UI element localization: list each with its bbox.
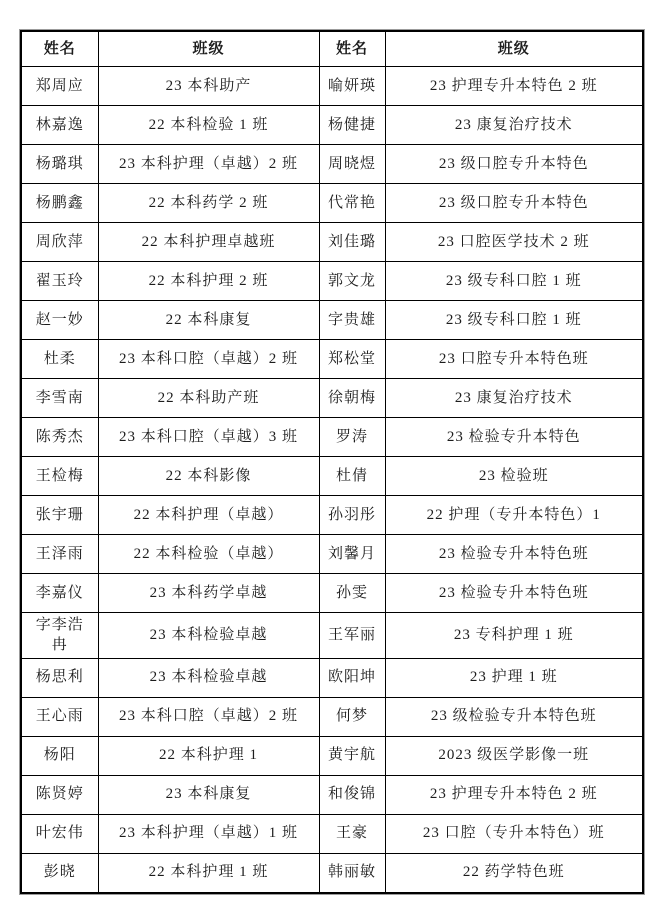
name-cell-left-text: 林嘉逸 xyxy=(36,115,84,135)
name-cell-right: 周晓煜 xyxy=(319,145,385,184)
name-cell-right: 韩丽敏 xyxy=(319,853,385,893)
class-cell-left: 23 本科护理（卓越）2 班 xyxy=(98,145,319,184)
name-cell-left: 王检梅 xyxy=(21,457,98,496)
class-cell-right: 23 护理专升本特色 2 班 xyxy=(385,775,643,814)
table-row: 王检梅22 本科影像杜倩23 检验班 xyxy=(21,457,643,496)
roster-table: 姓名 班级 姓名 班级 郑周应23 本科助产喻妍瑛23 护理专升本特色 2 班林… xyxy=(20,30,644,894)
class-cell-left-text: 23 本科康复 xyxy=(166,784,252,804)
class-cell-left-text: 23 本科检验卓越 xyxy=(150,625,268,645)
name-cell-left: 字李浩冉 xyxy=(21,613,98,659)
class-cell-left: 22 本科检验 1 班 xyxy=(98,106,319,145)
name-cell-right: 和俊锦 xyxy=(319,775,385,814)
class-cell-left: 23 本科康复 xyxy=(98,775,319,814)
class-cell-left-text: 22 本科护理卓越班 xyxy=(142,232,276,252)
table-row: 周欣萍22 本科护理卓越班刘佳璐23 口腔医学技术 2 班 xyxy=(21,223,643,262)
class-cell-left: 23 本科检验卓越 xyxy=(98,658,319,697)
class-cell-right: 23 口腔（专升本特色）班 xyxy=(385,814,643,853)
name-cell-right-text: 郭文龙 xyxy=(328,271,376,291)
table-row: 杨思利23 本科检验卓越欧阳坤23 护理 1 班 xyxy=(21,658,643,697)
name-cell-left: 杨阳 xyxy=(21,736,98,775)
name-cell-right: 代常艳 xyxy=(319,184,385,223)
class-cell-right: 23 护理 1 班 xyxy=(385,658,643,697)
name-cell-left: 张宇珊 xyxy=(21,496,98,535)
class-cell-right: 23 专科护理 1 班 xyxy=(385,613,643,659)
name-cell-left: 翟玉玲 xyxy=(21,262,98,301)
header-class-right: 班级 xyxy=(385,31,643,67)
name-cell-right-text: 韩丽敏 xyxy=(328,862,376,882)
name-cell-right-text: 郑松堂 xyxy=(328,349,376,369)
header-class-left: 班级 xyxy=(98,31,319,67)
class-cell-right-text: 22 护理（专升本特色）1 xyxy=(427,505,601,525)
class-cell-right-text: 23 康复治疗技术 xyxy=(455,115,573,135)
name-cell-right: 孙雯 xyxy=(319,574,385,613)
class-cell-right: 22 护理（专升本特色）1 xyxy=(385,496,643,535)
class-cell-left: 22 本科影像 xyxy=(98,457,319,496)
name-cell-left: 杨思利 xyxy=(21,658,98,697)
name-cell-left: 杜柔 xyxy=(21,340,98,379)
table-row: 林嘉逸22 本科检验 1 班杨健捷23 康复治疗技术 xyxy=(21,106,643,145)
name-cell-right-text: 孙雯 xyxy=(336,583,368,603)
name-cell-right: 罗涛 xyxy=(319,418,385,457)
name-cell-left: 王泽雨 xyxy=(21,535,98,574)
name-cell-left-text: 王检梅 xyxy=(36,466,84,486)
class-cell-left: 22 本科护理 1 班 xyxy=(98,853,319,893)
class-cell-right-text: 23 检验班 xyxy=(479,466,549,486)
table-row: 赵一妙22 本科康复字贵雄23 级专科口腔 1 班 xyxy=(21,301,643,340)
class-cell-left-text: 22 本科助产班 xyxy=(158,388,260,408)
class-cell-left-text: 22 本科康复 xyxy=(166,310,252,330)
name-cell-right: 徐朝梅 xyxy=(319,379,385,418)
header-row: 姓名 班级 姓名 班级 xyxy=(21,31,643,67)
class-cell-left-text: 22 本科检验 1 班 xyxy=(149,115,269,135)
header-name-right: 姓名 xyxy=(319,31,385,67)
class-cell-right-text: 23 级口腔专升本特色 xyxy=(439,154,589,174)
class-cell-left: 23 本科口腔（卓越）2 班 xyxy=(98,340,319,379)
table-row: 陈秀杰23 本科口腔（卓越）3 班罗涛23 检验专升本特色 xyxy=(21,418,643,457)
class-cell-right-text: 23 护理 1 班 xyxy=(470,667,558,687)
roster-document: 姓名 班级 姓名 班级 郑周应23 本科助产喻妍瑛23 护理专升本特色 2 班林… xyxy=(20,30,642,894)
class-cell-right-text: 23 口腔（专升本特色）班 xyxy=(423,823,605,843)
class-cell-right: 23 口腔专升本特色班 xyxy=(385,340,643,379)
table-row: 王泽雨22 本科检验（卓越）刘馨月23 检验专升本特色班 xyxy=(21,535,643,574)
table-header: 姓名 班级 姓名 班级 xyxy=(21,31,643,67)
name-cell-left-text: 杨阳 xyxy=(44,745,76,765)
table-row: 陈贤婷23 本科康复和俊锦23 护理专升本特色 2 班 xyxy=(21,775,643,814)
name-cell-right-text: 孙羽彤 xyxy=(328,505,376,525)
class-cell-right: 23 康复治疗技术 xyxy=(385,106,643,145)
name-cell-right: 孙羽彤 xyxy=(319,496,385,535)
class-cell-left: 22 本科康复 xyxy=(98,301,319,340)
name-cell-left-text: 杜柔 xyxy=(44,349,76,369)
class-cell-right: 23 口腔医学技术 2 班 xyxy=(385,223,643,262)
class-cell-right-text: 23 级专科口腔 1 班 xyxy=(446,310,582,330)
class-cell-left: 23 本科口腔（卓越）3 班 xyxy=(98,418,319,457)
header-name-left: 姓名 xyxy=(21,31,98,67)
name-cell-right-text: 杜倩 xyxy=(336,466,368,486)
name-cell-right-text: 代常艳 xyxy=(328,193,376,213)
name-cell-left-text: 郑周应 xyxy=(36,76,84,96)
name-cell-right: 刘馨月 xyxy=(319,535,385,574)
name-cell-left: 杨鹏鑫 xyxy=(21,184,98,223)
class-cell-left-text: 23 本科药学卓越 xyxy=(150,583,268,603)
class-cell-left: 23 本科护理（卓越）1 班 xyxy=(98,814,319,853)
name-cell-left: 郑周应 xyxy=(21,67,98,106)
name-cell-right-text: 刘馨月 xyxy=(328,544,376,564)
class-cell-left-text: 22 本科护理 1 班 xyxy=(149,862,269,882)
class-cell-right-text: 23 口腔专升本特色班 xyxy=(439,349,589,369)
table-row: 王心雨23 本科口腔（卓越）2 班何梦23 级检验专升本特色班 xyxy=(21,697,643,736)
table-row: 杨璐琪23 本科护理（卓越）2 班周晓煜23 级口腔专升本特色 xyxy=(21,145,643,184)
class-cell-left-text: 23 本科助产 xyxy=(166,76,252,96)
name-cell-left: 杨璐琪 xyxy=(21,145,98,184)
class-cell-right-text: 23 口腔医学技术 2 班 xyxy=(438,232,590,252)
name-cell-right-text: 罗涛 xyxy=(336,427,368,447)
name-cell-left: 王心雨 xyxy=(21,697,98,736)
name-cell-right-text: 杨健捷 xyxy=(328,115,376,135)
class-cell-left: 22 本科药学 2 班 xyxy=(98,184,319,223)
class-cell-right: 23 级口腔专升本特色 xyxy=(385,145,643,184)
name-cell-right: 杜倩 xyxy=(319,457,385,496)
class-cell-right-text: 23 检验专升本特色班 xyxy=(439,544,589,564)
class-cell-right: 23 级口腔专升本特色 xyxy=(385,184,643,223)
class-cell-left: 22 本科护理卓越班 xyxy=(98,223,319,262)
class-cell-right-text: 23 护理专升本特色 2 班 xyxy=(430,784,598,804)
name-cell-left-text: 张宇珊 xyxy=(36,505,84,525)
class-cell-left-text: 22 本科护理（卓越） xyxy=(134,505,284,525)
name-cell-right: 王军丽 xyxy=(319,613,385,659)
class-cell-left: 23 本科检验卓越 xyxy=(98,613,319,659)
name-cell-right: 何梦 xyxy=(319,697,385,736)
name-cell-left-text: 李嘉仪 xyxy=(36,583,84,603)
class-cell-right-text: 2023 级医学影像一班 xyxy=(438,745,589,765)
name-cell-right-text: 王豪 xyxy=(336,823,368,843)
class-cell-left: 22 本科检验（卓越） xyxy=(98,535,319,574)
class-cell-right-text: 23 护理专升本特色 2 班 xyxy=(430,76,598,96)
table-row: 张宇珊22 本科护理（卓越）孙羽彤22 护理（专升本特色）1 xyxy=(21,496,643,535)
table-row: 杜柔23 本科口腔（卓越）2 班郑松堂23 口腔专升本特色班 xyxy=(21,340,643,379)
class-cell-left: 22 本科助产班 xyxy=(98,379,319,418)
name-cell-right: 欧阳坤 xyxy=(319,658,385,697)
name-cell-left-text: 赵一妙 xyxy=(36,310,84,330)
class-cell-left: 22 本科护理（卓越） xyxy=(98,496,319,535)
class-cell-right-text: 23 专科护理 1 班 xyxy=(454,625,574,645)
name-cell-left-text: 字李浩冉 xyxy=(34,615,87,656)
name-cell-right: 王豪 xyxy=(319,814,385,853)
class-cell-right: 22 药学特色班 xyxy=(385,853,643,893)
class-cell-right-text: 23 检验专升本特色班 xyxy=(439,583,589,603)
name-cell-right-text: 何梦 xyxy=(336,706,368,726)
name-cell-right-text: 和俊锦 xyxy=(328,784,376,804)
name-cell-left-text: 陈贤婷 xyxy=(36,784,84,804)
name-cell-left-text: 彭晓 xyxy=(44,862,76,882)
class-cell-left-text: 22 本科药学 2 班 xyxy=(149,193,269,213)
table-row: 杨鹏鑫22 本科药学 2 班代常艳23 级口腔专升本特色 xyxy=(21,184,643,223)
name-cell-left: 赵一妙 xyxy=(21,301,98,340)
table-body: 郑周应23 本科助产喻妍瑛23 护理专升本特色 2 班林嘉逸22 本科检验 1 … xyxy=(21,67,643,893)
class-cell-right: 2023 级医学影像一班 xyxy=(385,736,643,775)
class-cell-right: 23 级专科口腔 1 班 xyxy=(385,301,643,340)
class-cell-left-text: 22 本科检验（卓越） xyxy=(134,544,284,564)
name-cell-left: 陈贤婷 xyxy=(21,775,98,814)
class-cell-right: 23 检验班 xyxy=(385,457,643,496)
name-cell-right: 郑松堂 xyxy=(319,340,385,379)
name-cell-right: 喻妍瑛 xyxy=(319,67,385,106)
name-cell-left-text: 周欣萍 xyxy=(36,232,84,252)
class-cell-left-text: 22 本科护理 1 xyxy=(159,745,258,765)
table-row: 李雪南22 本科助产班徐朝梅23 康复治疗技术 xyxy=(21,379,643,418)
class-cell-right-text: 23 检验专升本特色 xyxy=(447,427,581,447)
class-cell-right: 23 检验专升本特色 xyxy=(385,418,643,457)
table-row: 郑周应23 本科助产喻妍瑛23 护理专升本特色 2 班 xyxy=(21,67,643,106)
class-cell-right-text: 22 药学特色班 xyxy=(463,862,565,882)
name-cell-right: 刘佳璐 xyxy=(319,223,385,262)
name-cell-right-text: 字贵雄 xyxy=(328,310,376,330)
name-cell-right-text: 刘佳璐 xyxy=(328,232,376,252)
class-cell-right: 23 康复治疗技术 xyxy=(385,379,643,418)
name-cell-left: 周欣萍 xyxy=(21,223,98,262)
class-cell-left-text: 23 本科口腔（卓越）2 班 xyxy=(119,706,298,726)
class-cell-left-text: 23 本科护理（卓越）2 班 xyxy=(119,154,298,174)
class-cell-right: 23 检验专升本特色班 xyxy=(385,535,643,574)
class-cell-left-text: 23 本科检验卓越 xyxy=(150,667,268,687)
name-cell-right: 黄宇航 xyxy=(319,736,385,775)
class-cell-left-text: 22 本科影像 xyxy=(166,466,252,486)
table-row: 杨阳22 本科护理 1黄宇航2023 级医学影像一班 xyxy=(21,736,643,775)
name-cell-right-text: 喻妍瑛 xyxy=(328,76,376,96)
table-row: 叶宏伟23 本科护理（卓越）1 班王豪23 口腔（专升本特色）班 xyxy=(21,814,643,853)
class-cell-left-text: 23 本科口腔（卓越）2 班 xyxy=(119,349,298,369)
name-cell-left-text: 王心雨 xyxy=(36,706,84,726)
name-cell-left-text: 杨璐琪 xyxy=(36,154,84,174)
class-cell-right: 23 级检验专升本特色班 xyxy=(385,697,643,736)
name-cell-right: 杨健捷 xyxy=(319,106,385,145)
name-cell-left-text: 王泽雨 xyxy=(36,544,84,564)
class-cell-right: 23 护理专升本特色 2 班 xyxy=(385,67,643,106)
name-cell-left-text: 杨思利 xyxy=(36,667,84,687)
class-cell-left-text: 23 本科护理（卓越）1 班 xyxy=(119,823,298,843)
name-cell-left-text: 陈秀杰 xyxy=(36,427,84,447)
table-row: 字李浩冉23 本科检验卓越王军丽23 专科护理 1 班 xyxy=(21,613,643,659)
table-row: 翟玉玲22 本科护理 2 班郭文龙23 级专科口腔 1 班 xyxy=(21,262,643,301)
name-cell-left: 林嘉逸 xyxy=(21,106,98,145)
class-cell-left-text: 22 本科护理 2 班 xyxy=(149,271,269,291)
name-cell-left: 李嘉仪 xyxy=(21,574,98,613)
class-cell-right-text: 23 级检验专升本特色班 xyxy=(431,706,597,726)
name-cell-right-text: 徐朝梅 xyxy=(328,388,376,408)
class-cell-right-text: 23 级口腔专升本特色 xyxy=(439,193,589,213)
name-cell-right: 字贵雄 xyxy=(319,301,385,340)
table-row: 李嘉仪23 本科药学卓越孙雯23 检验专升本特色班 xyxy=(21,574,643,613)
class-cell-left: 23 本科口腔（卓越）2 班 xyxy=(98,697,319,736)
name-cell-left: 李雪南 xyxy=(21,379,98,418)
name-cell-left: 陈秀杰 xyxy=(21,418,98,457)
class-cell-left: 22 本科护理 1 xyxy=(98,736,319,775)
name-cell-right-text: 欧阳坤 xyxy=(328,667,376,687)
class-cell-right: 23 级专科口腔 1 班 xyxy=(385,262,643,301)
class-cell-left: 22 本科护理 2 班 xyxy=(98,262,319,301)
name-cell-right-text: 王军丽 xyxy=(328,625,376,645)
class-cell-right-text: 23 级专科口腔 1 班 xyxy=(446,271,582,291)
name-cell-left-text: 翟玉玲 xyxy=(36,271,84,291)
name-cell-left-text: 叶宏伟 xyxy=(36,823,84,843)
name-cell-right-text: 黄宇航 xyxy=(328,745,376,765)
class-cell-left: 23 本科助产 xyxy=(98,67,319,106)
name-cell-left-text: 李雪南 xyxy=(36,388,84,408)
class-cell-right-text: 23 康复治疗技术 xyxy=(455,388,573,408)
class-cell-right: 23 检验专升本特色班 xyxy=(385,574,643,613)
name-cell-left: 叶宏伟 xyxy=(21,814,98,853)
name-cell-left: 彭晓 xyxy=(21,853,98,893)
name-cell-left-text: 杨鹏鑫 xyxy=(36,193,84,213)
table-row: 彭晓22 本科护理 1 班韩丽敏22 药学特色班 xyxy=(21,853,643,893)
class-cell-left: 23 本科药学卓越 xyxy=(98,574,319,613)
class-cell-left-text: 23 本科口腔（卓越）3 班 xyxy=(119,427,298,447)
name-cell-right: 郭文龙 xyxy=(319,262,385,301)
name-cell-right-text: 周晓煜 xyxy=(328,154,376,174)
